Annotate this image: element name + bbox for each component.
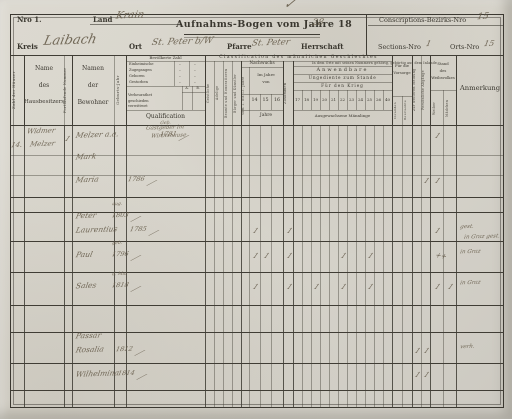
- birth-year: 1818: [111, 282, 129, 289]
- grid-line: [241, 110, 283, 111]
- classification-age-cell: 19: [311, 98, 320, 102]
- grid-line: [249, 125, 250, 408]
- grid-line: [302, 125, 303, 408]
- grid-line: [126, 55, 127, 125]
- year-note: d. Mai: [111, 273, 127, 278]
- grid-line: [205, 61, 392, 62]
- header-divider: [366, 14, 367, 55]
- grid-line: [329, 125, 330, 408]
- col-inhabitants-line3: Bewohner: [72, 100, 114, 106]
- year-note: geb.: [111, 242, 122, 247]
- population-row-dash: –: [179, 63, 181, 67]
- grid-line: [402, 96, 403, 125]
- grid-line: [320, 125, 321, 408]
- inhabitant-name: Sales: [75, 282, 97, 290]
- grid-line: [260, 125, 261, 408]
- ort-label: Ort: [129, 43, 142, 50]
- kreis-label: Kreis: [17, 43, 38, 50]
- birth-year: 1812: [115, 346, 133, 353]
- grid-line: [271, 125, 272, 408]
- inhabitant-name: Passar: [75, 332, 102, 340]
- grid-line: [456, 125, 457, 408]
- grid-line: [347, 125, 348, 408]
- birth-year: 1803: [111, 212, 129, 219]
- classification-age-cell: 17: [293, 98, 302, 102]
- grid-line: [293, 125, 294, 408]
- female-title-line2: des: [430, 69, 456, 73]
- classification-foot: Ausgewachsene Männlinge: [293, 114, 392, 118]
- population-row-dash: –: [194, 81, 196, 85]
- land-label: Land: [93, 16, 112, 23]
- grid-line: [456, 55, 457, 125]
- grid-line: [241, 67, 283, 68]
- nachwuchs-line2: von: [249, 80, 283, 84]
- land-underline: [90, 24, 182, 25]
- marital-head-b: B.: [192, 87, 204, 90]
- grid-line: [114, 125, 115, 408]
- scanned-census-sheet: ✓ Nro 1. Land Krain Aufnahms-Bogen vom J…: [0, 0, 512, 419]
- grid-line: [205, 125, 206, 408]
- grid-line: [182, 86, 183, 110]
- nachwuchs-age-cell: 14: [249, 99, 260, 104]
- population-row-label: Einheimische: [129, 63, 154, 67]
- district-underline: [368, 25, 504, 26]
- grid-line: [64, 125, 65, 408]
- classification-age-cell: 18: [302, 98, 311, 102]
- grid-line: [232, 125, 233, 408]
- col-zusammen-label: Zusammen: [284, 63, 292, 123]
- population-row-dash: –: [194, 75, 196, 79]
- grid-line: [64, 55, 65, 125]
- col-meldung-label: Zur weiteren Meldung: [413, 58, 420, 122]
- form-title-year: 28: [311, 19, 324, 28]
- nachwuchs-foot: Jahre: [249, 114, 283, 119]
- grid-line: [293, 110, 392, 111]
- inhabitant-name: Rosalia: [75, 346, 105, 354]
- grid-line: [293, 82, 392, 83]
- orts-value: 15: [483, 40, 495, 48]
- grid-line: [24, 125, 25, 408]
- inhabitant-name: Melzer a.a.: [75, 130, 120, 139]
- owner-name: Widmer: [26, 128, 56, 136]
- birth-year: 1796: [111, 251, 129, 258]
- class-column-label: Bürger und Künstler: [234, 63, 241, 123]
- grid-line: [249, 67, 250, 125]
- classification-age-cell: 24: [356, 98, 365, 102]
- grid-line: [10, 390, 504, 391]
- classification-age-cell: 20: [320, 98, 329, 102]
- classification-title: Classification des männlichen Geschlecht…: [205, 56, 392, 61]
- grid-line: [392, 125, 393, 408]
- inhabitant-name: Mark: [75, 153, 97, 161]
- ungediente-label: Ungediente zum Stande: [293, 76, 392, 80]
- population-row-dash: –: [179, 75, 181, 79]
- birth-year: 1786: [127, 176, 145, 183]
- grid-line: [223, 125, 224, 408]
- female-title-line1: Stand: [430, 62, 456, 66]
- grid-line: [114, 55, 115, 125]
- remark-note: in Graz: [459, 281, 481, 287]
- grid-line: [72, 125, 73, 408]
- vorsorge-line1: Für die: [392, 64, 412, 68]
- kreis-value: Laibach: [42, 33, 97, 48]
- grid-line: [293, 90, 392, 91]
- grid-line: [293, 74, 392, 75]
- grid-line: [412, 125, 413, 408]
- col-remark-label: Anmerkung: [456, 85, 504, 92]
- grid-line: [126, 86, 205, 87]
- grid-line: [421, 125, 422, 408]
- pfarre-value: St. Peter: [251, 38, 291, 48]
- population-row-label: Geboren: [129, 75, 145, 79]
- orts-label: Orts-Nro: [450, 44, 479, 51]
- grid-line: [283, 125, 284, 408]
- marital-row-label: Verheurathet: [128, 94, 152, 98]
- population-row-dash: –: [179, 81, 181, 85]
- grid-line: [214, 125, 215, 408]
- grid-line: [311, 125, 312, 408]
- grid-line: [10, 305, 504, 306]
- classification-age-cell: 26: [374, 98, 383, 102]
- grid-line: [241, 125, 242, 408]
- grid-line: [392, 96, 412, 97]
- grid-line: [10, 197, 504, 198]
- col-owner-line2: des: [24, 83, 64, 89]
- vorsorge-cell1-label: Invaliden: [394, 98, 401, 123]
- class-column-label: Adelige: [216, 63, 223, 123]
- inhabitant-name: Paul: [75, 251, 93, 259]
- grid-line: [126, 110, 205, 111]
- grid-line: [241, 94, 283, 95]
- col-house-number-label: Zahl der Häuser: [12, 60, 21, 120]
- nachwuchs-title: Nachwuchs: [241, 62, 283, 66]
- nachwuchs-age-cell: 15: [260, 99, 271, 104]
- population-row-label: Gestorben: [129, 81, 148, 85]
- sheet-number: Nro 1.: [17, 16, 42, 23]
- grid-line: [412, 55, 413, 125]
- nachwuchs-line1: Im Jahre: [249, 73, 283, 77]
- birth-year: 1785: [129, 226, 147, 233]
- grid-line: [365, 125, 366, 408]
- anwendbare-label: Anwendbare: [293, 68, 392, 73]
- nachwuchs-age-cell: 16: [271, 99, 283, 104]
- qualification-label: Qualification: [126, 114, 205, 120]
- section-label: Sections-Nro: [378, 44, 421, 51]
- class-column-label: Geistliche: [207, 63, 214, 123]
- grid-line: [72, 55, 73, 125]
- grid-line: [126, 125, 127, 408]
- remark-note: gest.: [459, 225, 474, 231]
- col-inhabitants-line2: der: [72, 83, 114, 89]
- grid-line: [421, 55, 422, 125]
- grid-line: [174, 61, 175, 86]
- grid-line: [356, 125, 357, 408]
- col-sequence-label: Fortlaufende Nummer: [64, 60, 72, 120]
- grid-line: [10, 55, 11, 125]
- grid-line: [192, 86, 193, 110]
- inhabitant-name: Peter: [75, 212, 97, 220]
- district-label: Conscriptions-Bezirks-Nro: [379, 17, 466, 24]
- birth-year: 1814: [117, 370, 135, 377]
- col-inhabitants-line1: Namen: [72, 66, 114, 72]
- grid-line: [189, 61, 190, 86]
- remark-note: verh.: [459, 345, 475, 351]
- population-box-title: Bevölkerte Zahl: [126, 56, 205, 60]
- grid-line: [10, 363, 504, 364]
- classification-age-cell: 25: [365, 98, 374, 102]
- grid-line: [402, 125, 403, 408]
- grid-line: [293, 61, 294, 125]
- remark-note: in Graz: [459, 250, 481, 256]
- title-underline-1: [184, 34, 320, 35]
- col-abgang-label: Persönliche Abgänge: [422, 58, 429, 122]
- grid-line: [338, 125, 339, 408]
- col-owner-line1: Name: [24, 66, 64, 72]
- marital-head-a: A.: [182, 87, 192, 90]
- grid-line: [283, 61, 284, 125]
- district-value: 15: [476, 13, 489, 22]
- female-cell1-label: Weiber: [433, 93, 440, 123]
- classification-age-cell: 22: [338, 98, 347, 102]
- population-row-dash: –: [194, 63, 196, 67]
- female-title-line3: Weibsvolkes: [430, 76, 456, 80]
- inhabitant-name: Laurentius: [75, 225, 118, 234]
- classification-age-cell: 40: [383, 98, 392, 102]
- pfarre-label: Pfarre: [227, 43, 252, 50]
- marital-row-label: geschieden: [128, 100, 149, 104]
- krieg-label: Für den Krieg: [293, 84, 392, 88]
- grid-line: [443, 125, 444, 408]
- col-owner-line3: Hausbesitzers: [24, 100, 64, 106]
- grid-line: [383, 125, 384, 408]
- owner-name: Melzer: [29, 141, 55, 149]
- grid-line: [430, 125, 431, 408]
- grid-line: [10, 272, 504, 273]
- grid-line: [293, 66, 392, 67]
- grid-line: [374, 125, 375, 408]
- grid-line: [182, 92, 205, 93]
- house-number: 14.: [10, 142, 23, 149]
- grid-line: [241, 61, 242, 125]
- population-row-label: Zugegangen: [129, 69, 152, 73]
- population-row-dash: –: [194, 69, 196, 73]
- grid-line: [392, 55, 393, 125]
- col-birth-year-label: Geburts-Jahr: [116, 60, 125, 120]
- classification-age-cell: 21: [329, 98, 338, 102]
- grid-line: [443, 90, 444, 125]
- land-value: Krain: [115, 11, 145, 22]
- population-row-dash: –: [179, 69, 181, 73]
- grid-line: [10, 241, 504, 242]
- class-column-label: Beamte und Honoratioren: [225, 63, 232, 123]
- herrschaft-label: Herrschaft: [301, 43, 344, 50]
- nachwuchs-side-label: Vom 1. bis 13. Jahre: [242, 69, 249, 123]
- grid-line: [10, 55, 504, 56]
- inhabitant-name: Wilhelmina: [75, 369, 120, 378]
- grid-line: [24, 55, 25, 125]
- classification-age-cell: 23: [347, 98, 356, 102]
- female-cell2-label: Mädchen: [446, 93, 453, 123]
- grid-line: [430, 90, 456, 91]
- inhabitant-name: Maria: [75, 176, 99, 184]
- vorsorge-cell2-label: Beurlaubte: [404, 98, 411, 123]
- vorsorge-line2: Vorsorge: [392, 71, 412, 75]
- marital-row-label: verwittwet: [128, 105, 148, 109]
- year-note: aug.: [111, 203, 122, 208]
